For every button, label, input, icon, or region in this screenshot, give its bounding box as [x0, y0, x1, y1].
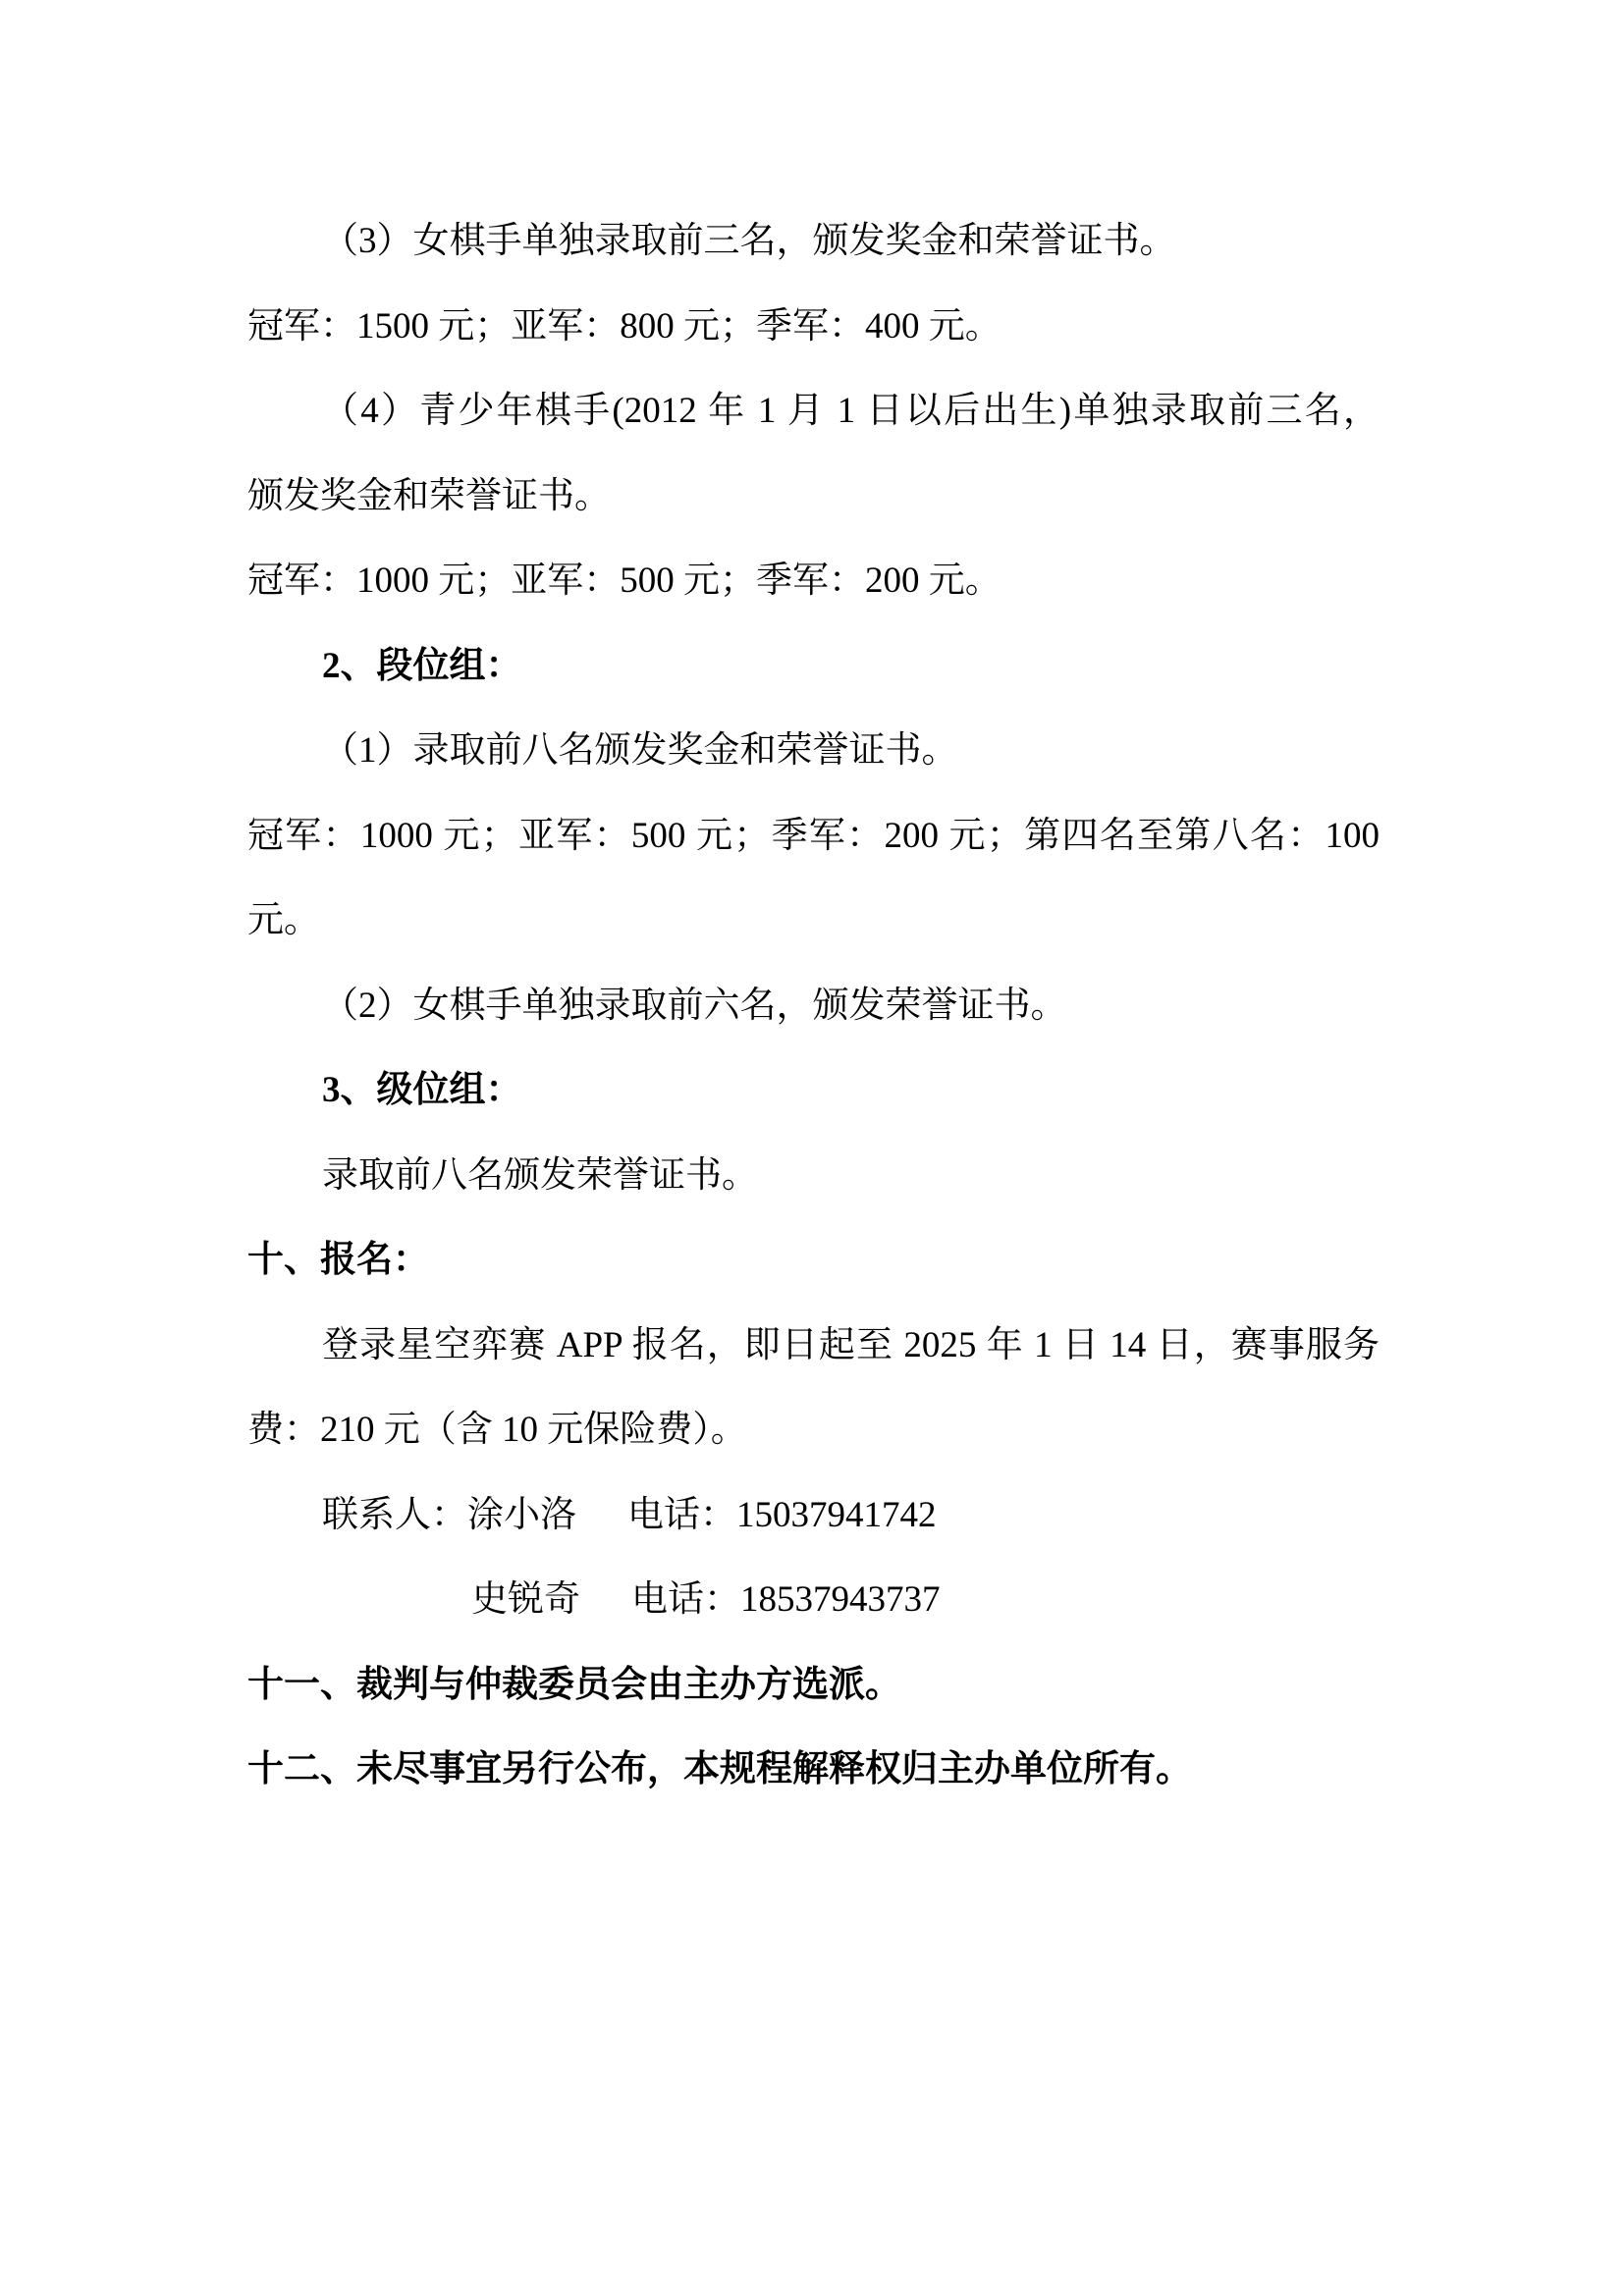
document-body: （3）女棋手单独录取前三名，颁发奖金和荣誉证书。 冠军：1500 元；亚军：80… — [247, 199, 1380, 1813]
award-women-top3-heading: （3）女棋手单独录取前三名，颁发奖金和荣誉证书。 — [247, 199, 1380, 285]
contact-row-2: 史锐奇电话：18537943737 — [247, 1558, 1380, 1643]
contact-name-1: 涂小洛 — [467, 1473, 576, 1559]
section-interpretation: 十二、未尽事宜另行公布，本规程解释权归主办单位所有。 — [247, 1728, 1380, 1813]
award-youth-top3-heading: （4）青少年棋手(2012 年 1 月 1 日以后出生)单独录取前三名， — [247, 369, 1380, 454]
award-youth-heading-cont: 颁发奖金和荣誉证书。 — [247, 454, 1380, 540]
section-kyu-group-title: 3、级位组： — [247, 1048, 1380, 1134]
contact-label: 联系人： — [322, 1495, 467, 1535]
kyu-group-top8: 录取前八名颁发荣誉证书。 — [247, 1134, 1380, 1219]
dan-group-women-top6: （2）女棋手单独录取前六名，颁发荣誉证书。 — [247, 964, 1380, 1049]
contact-row-1: 联系人：涂小洛电话：15037941742 — [247, 1473, 1380, 1559]
phone-label-2: 电话： — [631, 1579, 740, 1620]
award-women-prizes: 冠军：1500 元；亚军：800 元；季军：400 元。 — [247, 285, 1380, 370]
phone-number-2: 18537943737 — [740, 1579, 941, 1620]
award-youth-prizes: 冠军：1000 元；亚军：500 元；季军：200 元。 — [247, 539, 1380, 624]
phone-label-1: 电话： — [627, 1495, 736, 1535]
section-registration-title: 十、报名： — [247, 1218, 1380, 1304]
dan-group-prizes: 冠军：1000 元；亚军：500 元；季军：200 元；第四名至第八名：100 — [247, 794, 1380, 880]
dan-group-top8-heading: （1）录取前八名颁发奖金和荣誉证书。 — [247, 709, 1380, 794]
section-dan-group-title: 2、段位组： — [247, 624, 1380, 710]
contact-name-2: 史锐奇 — [471, 1558, 580, 1643]
phone-number-1: 15037941742 — [736, 1495, 937, 1535]
dan-group-prizes-cont: 元。 — [247, 879, 1380, 964]
document-page: （3）女棋手单独录取前三名，颁发奖金和荣誉证书。 冠军：1500 元；亚军：80… — [0, 0, 1624, 2296]
registration-fee: 费：210 元（含 10 元保险费）。 — [247, 1388, 1380, 1473]
section-referees: 十一、裁判与仲裁委员会由主办方选派。 — [247, 1643, 1380, 1729]
registration-info: 登录星空弈赛 APP 报名，即日起至 2025 年 1 日 14 日，赛事服务 — [247, 1304, 1380, 1389]
